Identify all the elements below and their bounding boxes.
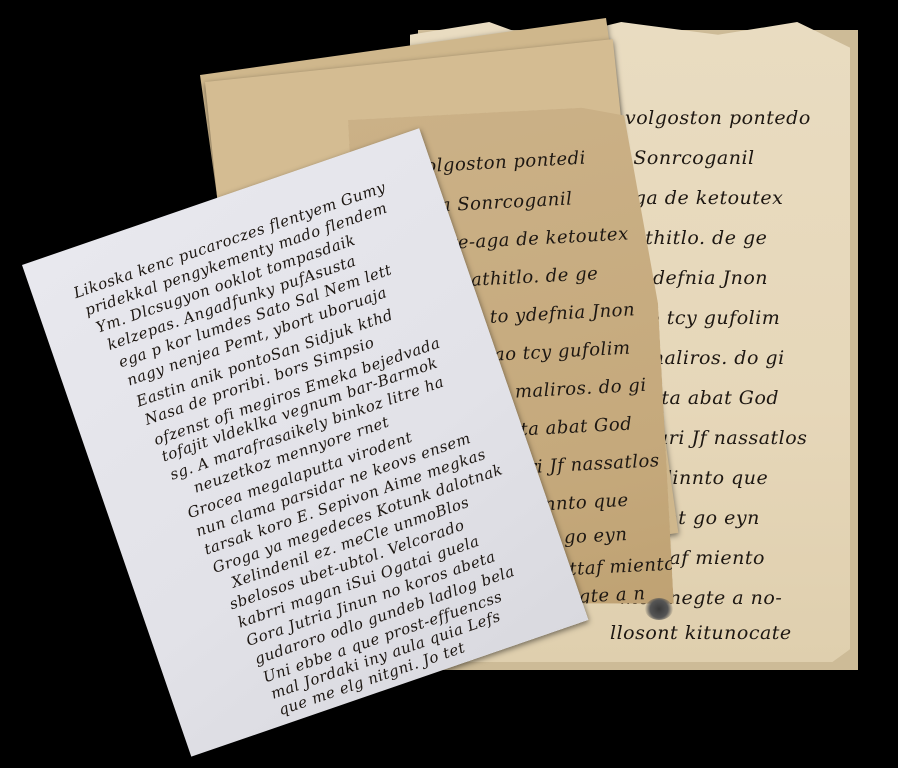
handwriting-line: volgoston pontedo bbox=[625, 107, 811, 129]
handwriting-line: llosont kitunocate bbox=[610, 622, 792, 644]
handwriting-line: a Sonrcoganil bbox=[615, 147, 755, 169]
manuscript-photo: volgoston pontedo a Sonrcoganil -aga de … bbox=[0, 0, 898, 768]
fingerprint-smudge bbox=[645, 598, 673, 620]
